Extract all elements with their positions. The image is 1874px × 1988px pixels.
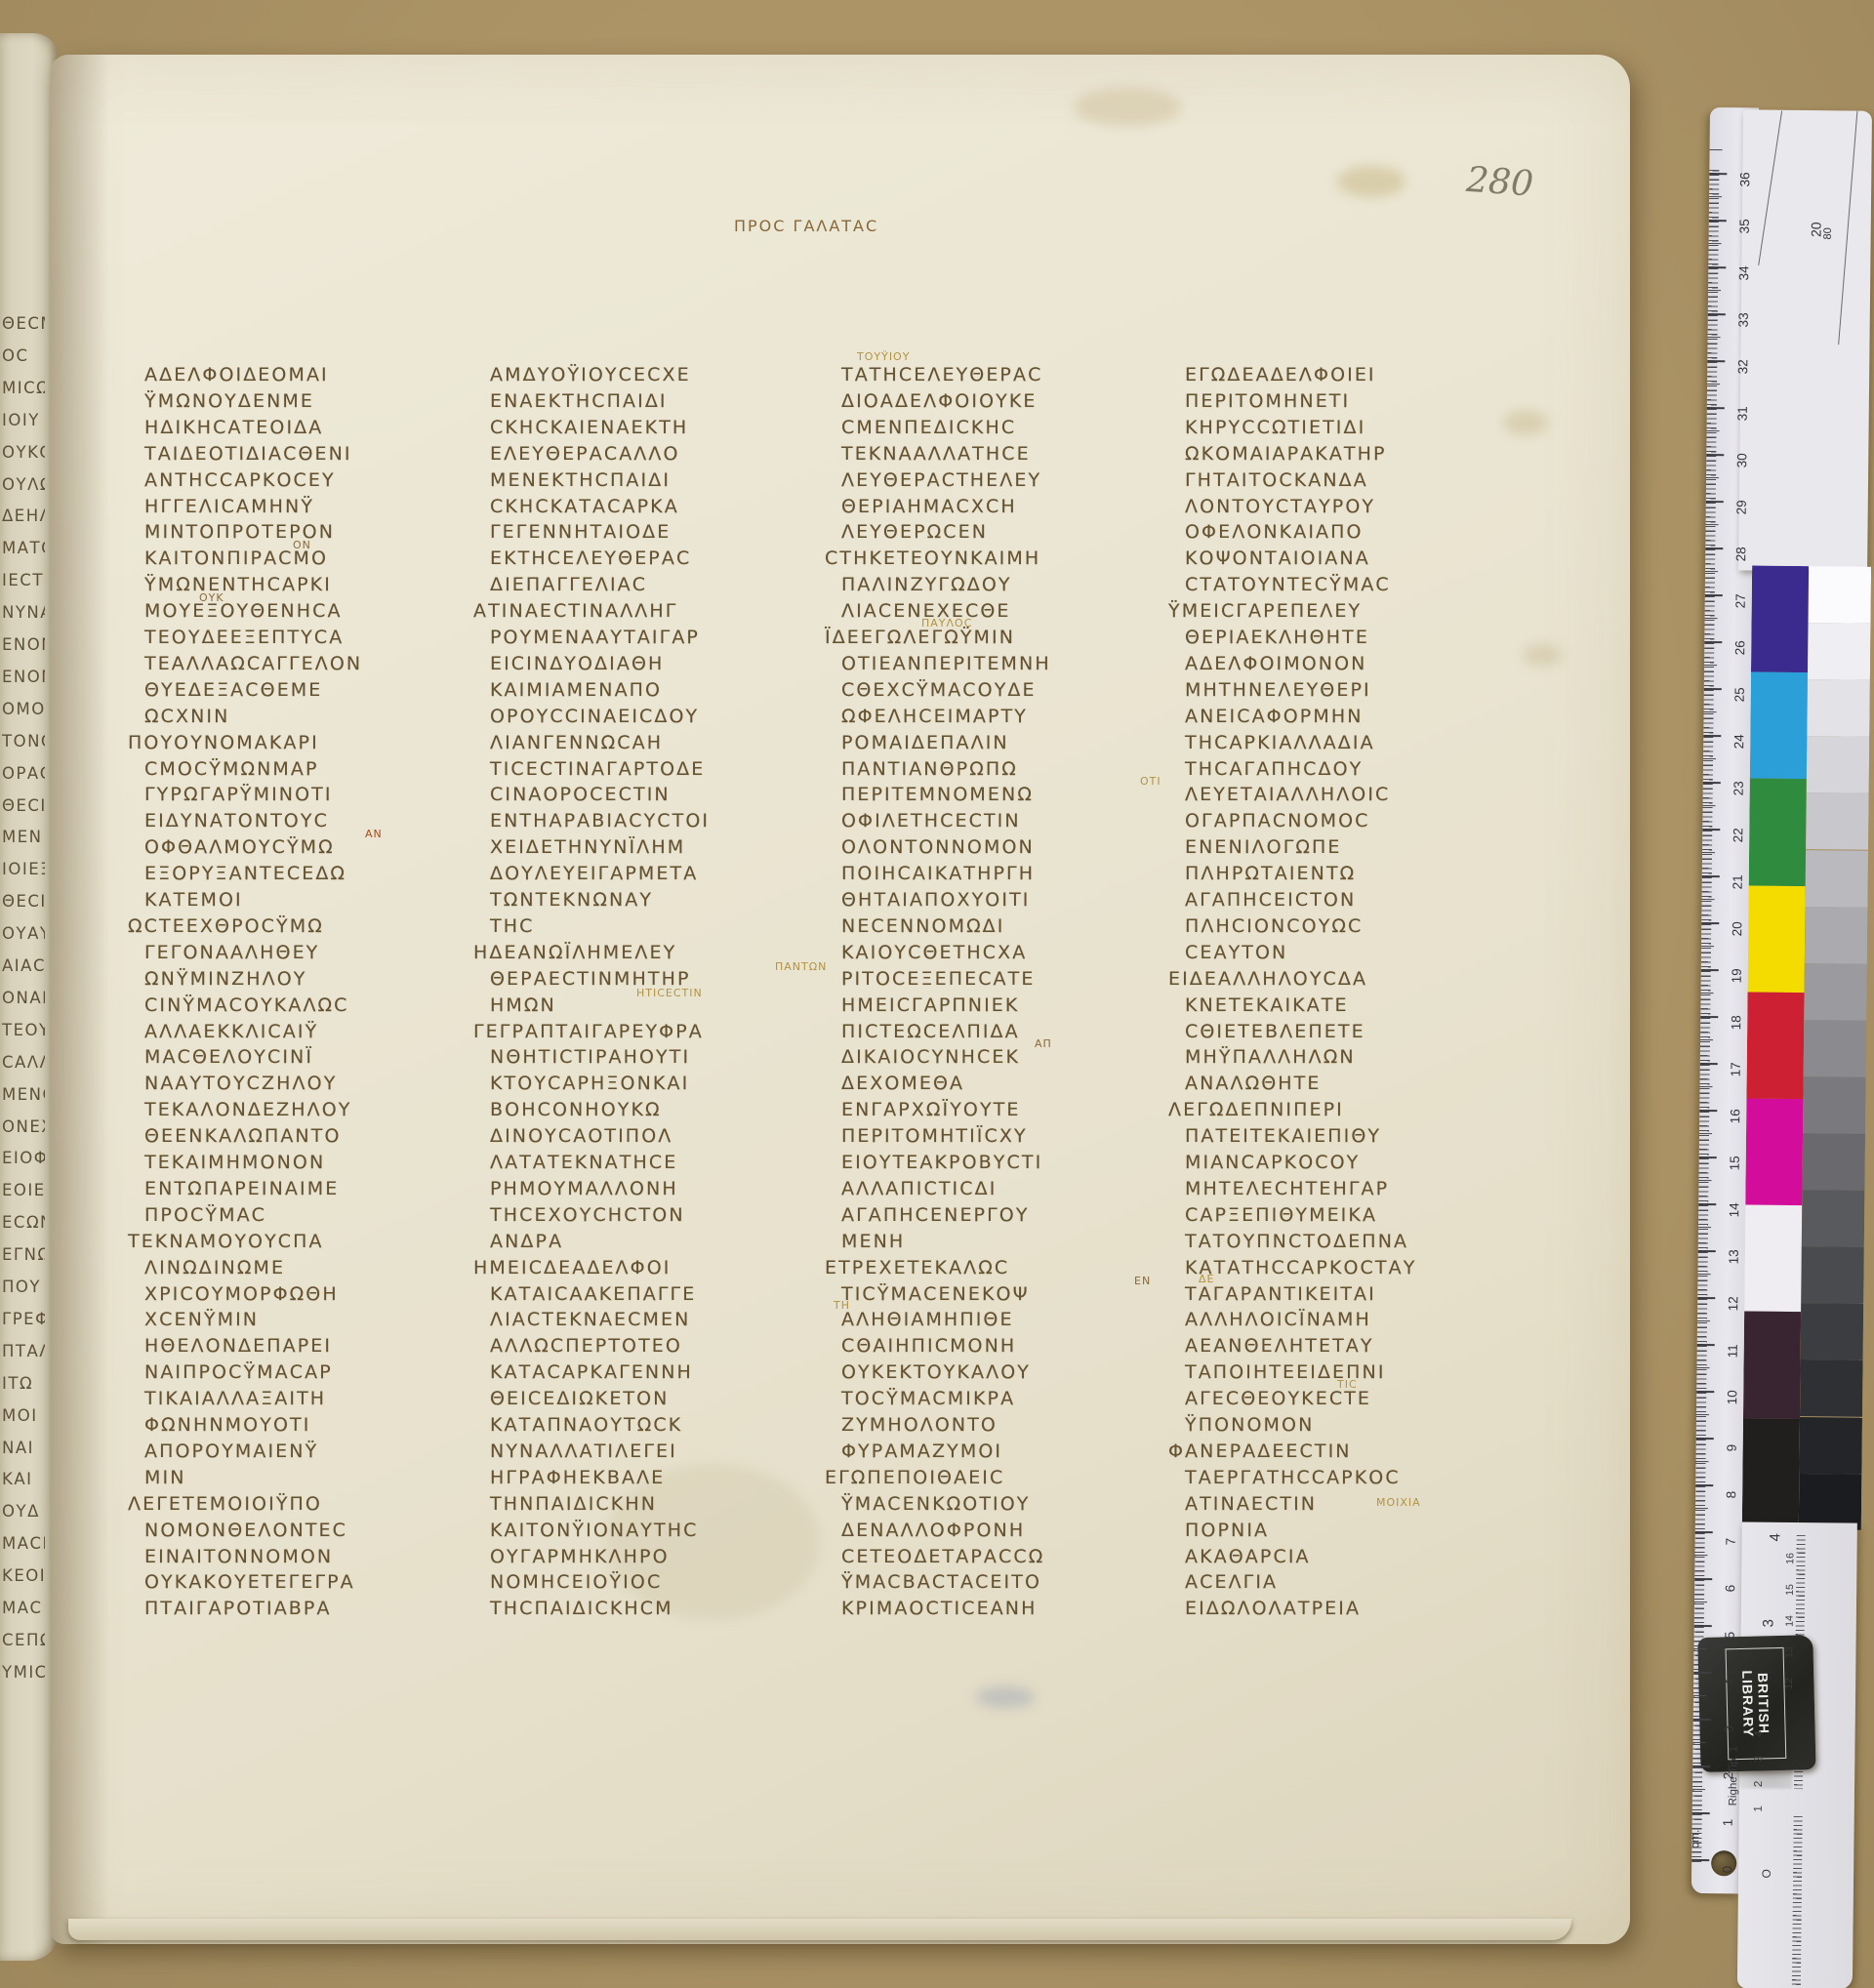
head-number-80: 80 [1822,227,1834,239]
ruler-number: 7 [1724,1520,1739,1545]
facing-leaf-line: ΓΡΕΦΕ [2,1310,45,1342]
color-patch [1749,779,1807,886]
sub-scale-ticks [1792,1816,1803,1987]
manuscript-line: ΤΙΚΑΙΑΛΛΑΞΑΙΤΗ [144,1388,326,1414]
manuscript-line: ΑΛΛΩCΠΕΡΤΟΤΕΟ [490,1335,682,1361]
ruler-number: 27 [1733,583,1749,608]
card-hairline [1758,110,1782,264]
facing-leaf-line: ΟC [2,346,45,379]
manuscript-line: ΕΛΕΥΘΕΡΑCΑΛΛΟ [490,443,680,469]
manuscript-line: ΕΙΔΥΝΑΤΟΝΤΟΥC [144,810,329,836]
sub-scale-number: 4 [1767,1533,1783,1542]
manuscript-line: ΤΕΚΑΛΟΝΔΕΖΗΛΟΥ [144,1099,352,1125]
half-cm-tick [1702,899,1715,901]
manuscript-line: ΟΦΕΛΟΝΚΑΙΑΠΟ [1185,521,1364,548]
ruler-head-card [1738,109,1872,571]
manuscript-line: ΤΗC [490,915,534,942]
cm-tick [1699,1156,1717,1158]
half-cm-tick [1706,477,1719,479]
manuscript-line: ΩΚΟΜΑΙΑΡΑΚΑΤΗΡ [1185,443,1387,469]
manuscript-line: ΡΗΜΟΥΜΑΛΛΟΝΗ [490,1178,678,1204]
ruler-number: 11 [1726,1332,1741,1358]
ruler-number: 34 [1736,255,1752,280]
manuscript-line: ΩCΤΕΕΧΘΡΟCΫΜΩ [128,915,324,942]
manuscript-line: ΓΕΓΡΑΠΤΑΙΓΑΡΕΥΦΡΑ [473,1021,704,1047]
manuscript-line: ΘΥΕΔΕΞΑCΘΕΜΕ [144,679,322,706]
half-cm-tick [1694,1602,1707,1603]
cm-unit-label: cm. [1688,1819,1701,1848]
facing-leaf-line: ΟΝΕΧ [2,1117,45,1150]
color-patch [1746,992,1804,1099]
ruler-number: 14 [1727,1192,1742,1217]
facing-leaf-line: ΥΜΙC [2,1663,45,1695]
cm-tick [1709,173,1727,175]
manuscript-line: ΗΔΕΑΝΩΪΛΗΜΕΛΕΥ [473,942,676,968]
manuscript-line: ΠΛΗΡΩΤΑΙΕΝΤΩ [1185,863,1356,889]
text-column-2: ΑΜΔΥΟΫΙΟΥCΕCΧΕΕΝΑΕΚΤΗCΠΑΙΔΙCΚΗCΚΑΙΕΝΑΕΚΤ… [490,364,841,1633]
manuscript-line: ΕΝΑΕΚΤΗCΠΑΙΔΙ [490,390,668,417]
ruler-number: 30 [1734,442,1750,467]
facing-leaf-line: ΟΥΑΥΤ [2,924,45,956]
facing-leaf-line: CΑΛΛ [2,1053,45,1085]
ruler-number: 20 [1730,911,1745,936]
facing-leaf-line: ΟΡΑCΗ [2,764,45,796]
ruler-number: 32 [1735,348,1751,374]
grayscale-calibration-strip [1799,566,1871,1530]
manuscript-line: ΓΕΓΟΝΑΑΛΗΘΕΥ [144,942,319,968]
facing-leaf-line: ΟΥΛΩ [2,475,45,507]
ruler-number: 9 [1725,1426,1740,1451]
half-cm-tick [1702,852,1715,854]
facing-leaf-line: ΝΑΙ [2,1439,45,1471]
sub-scale-number: 13 [1783,1646,1795,1658]
manuscript-line: ΑΝΕΙCΑΦΟΡΜΗΝ [1185,706,1364,732]
facing-leaf-line: ΠΤΑΛ [2,1342,45,1374]
facing-leaf-line: ΘΕCΙΟ [2,892,45,924]
color-patch [1742,1418,1800,1524]
half-cm-tick [1700,1039,1713,1041]
text-column-3: ΤΑΤΗCΕΛΕΥΘΕΡΑCΔΙΟΑΔΕΛΦΟΙΟΥΚΕCΜΕΝΠΕΔΙCΚΗC… [841,364,1193,1633]
manuscript-line: ΦΑΝΕΡΑΔΕΕCΤΙΝ [1168,1440,1352,1467]
manuscript-line: ΠΟΙΗCΑΙΚΑΤΗΡΓΗ [841,863,1035,889]
manuscript-line: ΫΜΑCΒΑCΤΑCΕΙΤΟ [841,1571,1041,1598]
half-cm-tick [1693,1648,1706,1650]
facing-leaf-line: ΕCΩΝ [2,1213,45,1245]
cm-tick [1694,1625,1712,1627]
half-cm-tick [1696,1414,1709,1416]
facing-leaf-line: ΟΜΟΗ [2,700,45,732]
manuscript-line: ΗΜΕΙCΓΑΡΠΝΙΕΚ [841,994,1019,1021]
facing-leaf-line: ΕΓΝΩ [2,1245,45,1278]
cm-tick [1707,360,1725,362]
corrector-note: ΜΟΙΧΙΑ [1376,1496,1421,1509]
manuscript-line: ΠΕΡΙΤΟΜΗΤΙΪCΧΥ [841,1125,1028,1152]
manuscript-line: ΫΜΑCΕΝΚΩΟΤΙΟΥ [841,1493,1031,1520]
ruler-number: 1 [1721,1801,1736,1826]
gray-patch [1807,679,1870,737]
manuscript-line: ΠΙCΤΕΩCΕΛΠΙΔΑ [841,1021,1020,1047]
gray-patch [1804,963,1867,1021]
manuscript-line: ΛΕΥΕΤΑΙΑΛΛΗΛΟΙC [1185,784,1390,810]
manuscript-line: ΑΝΑΛΩΘΗΤΕ [1185,1073,1321,1099]
ruler-number: 26 [1732,629,1748,655]
manuscript-line: ΧΡΙCΟΥΜΟΡΦΩΘΗ [144,1283,339,1310]
cm-tick [1695,1531,1713,1533]
folio-number: 280 [1464,160,1584,215]
manuscript-line: ΜΙΝ [144,1467,186,1493]
manuscript-line: ΑΓΕCΘΕΟΥΚΕCΤΕ [1185,1388,1371,1414]
gray-patch [1799,1474,1862,1530]
manuscript-line: ΑΚΑΘΑΡCΙΑ [1185,1546,1311,1572]
ruler-number: 6 [1723,1566,1738,1592]
manuscript-line: ΘΕΙCΕΔΙΩΚΕΤΟΝ [490,1388,670,1414]
cm-tick [1701,969,1719,971]
gray-patch [1802,1190,1865,1247]
facing-leaf-line: ΜΕΝ [2,828,45,860]
half-cm-tick [1708,337,1721,339]
manuscript-line: ΕΙCΙΝΔΥΟΔΙΑΘΗ [490,653,664,679]
calibration-panel: 20 80 cm. BRITISH LIBRARY Righe Tip. 1 1… [1680,101,1874,1904]
ruler-number: 25 [1732,676,1748,702]
manuscript-line: ΕΝΓΑΡΧΩΪΥΟΥΤΕ [841,1099,1020,1125]
cm-tick [1706,501,1724,503]
manuscript-line: CΘΕΧCΫΜΑCΟΥΔΕ [841,679,1037,706]
manuscript-line: ΟΛΟΝΤΟΝΝΟΜΟΝ [841,836,1035,863]
cm-tick [1694,1578,1712,1580]
manuscript-line: CΙΝΫΜΑCΟΥΚΑΛΩC [144,994,349,1021]
manuscript-line: ΛΙΑΝΓΕΝΝΩCΑΗ [490,732,663,758]
manuscript-line: ΚΟΨΟΝΤΑΙΟΙΑΝΑ [1185,548,1370,574]
cm-tick [1702,829,1720,831]
gray-patch [1807,736,1870,793]
manuscript-line: ΤΗCΑΡΚΙΑΛΛΑΔΙΑ [1185,732,1375,758]
half-cm-tick [1704,665,1717,667]
manuscript-line: ΑCΕΛΓΙΑ [1185,1571,1278,1598]
manuscript-line: ΡΟΜΑΙΔΕΠΑΛΙΝ [841,732,1009,758]
running-title: ΠΡΟC ΓΑΛΑΤΑC [734,217,988,242]
parchment-stain [1337,166,1405,197]
cm-tick [1693,1719,1711,1721]
manuscript-line: ΗΜΕΙCΔΕΑΔΕΛΦΟΙ [473,1257,671,1283]
gray-patch [1799,1417,1862,1475]
sub-scale-number: 3 [1760,1619,1776,1628]
corrector-note: ΑΠ [1035,1037,1052,1050]
manuscript-line: ΑΤΙΝΑΕCΤΙΝ [1185,1493,1317,1520]
manuscript-line: ΚΑΙΤΟΝΫΙΟΝΑΥΤΗC [490,1520,698,1546]
cm-tick [1703,782,1721,784]
manuscript-line: ΠΑΝΤΙΑΝΘΡΩΠΩ [841,758,1018,785]
manuscript-line: CΤΗΚΕΤΕΟΥΝΚΑΙΜΗ [825,548,1040,574]
manuscript-line: ΓΗΤΑΙΤΟCΚΑΝΔΑ [1185,469,1368,496]
cm-tick [1693,1672,1711,1674]
manuscript-line: ΑΛΗΘΙΑΜΗΠΙΘΕ [841,1309,1014,1335]
manuscript-line: ΤΑΕΡΓΑΤΗCCΑΡΚΟC [1185,1467,1401,1493]
text-column-4: ΕΓΩΔΕΑΔΕΛΦΟΙΕΙΠΕΡΙΤΟΜΗΝΕΤΙΚΗΡΥCCΩΤΙΕΤΙΔΙ… [1185,364,1536,1633]
facing-leaf-line: ΑΙΑCΗ [2,956,45,989]
manuscript-line: ΝΥΝΑΛΛΑΤΙΛΕΓΕΙ [490,1440,677,1467]
manuscript-line: ΠΡΟCΫΜΑC [144,1204,266,1231]
manuscript-line: ΤΕΚΑΙΜΗΜΟΝΟΝ [144,1152,325,1178]
manuscript-line: ΜΗΫΠΑΛΛΗΛΩΝ [1185,1046,1356,1073]
facing-leaf-line: ΕΟΙΕΝ [2,1181,45,1213]
manuscript-line: ΕΙΝΑΙΤΟΝΝΟΜΟΝ [144,1546,333,1572]
manuscript-line: ΫΠΟΝΟΜΟΝ [1185,1414,1314,1440]
corrector-note: ΤΙC [1337,1378,1358,1391]
facing-leaf-line: ΙΤΩ [2,1374,45,1406]
manuscript-line: ΟΓΑΡΠΑCΝΟΜΟC [1185,810,1370,836]
manuscript-line: ΑΝΤΗCCΑΡΚΟCΕΥ [144,469,336,496]
manuscript-line: ΤΑΤΗCΕΛΕΥΘΕΡΑC [841,364,1042,390]
manuscript-line: ΟΥΚΕΚΤΟΥΚΑΛΟΥ [841,1361,1031,1388]
facing-leaf-line: ΕΝΟΜ [2,668,45,700]
cm-tick [1695,1484,1713,1486]
manuscript-line: ΚΑΤΑΙCΑΑΚΕΠΑΓΓΕ [490,1283,696,1310]
ruler-number: 29 [1734,489,1750,514]
color-calibration-strip [1742,565,1809,1524]
manuscript-line: ΝΟΜΗCΕΙΟΫΙΟC [490,1571,662,1598]
half-cm-tick [1703,758,1716,760]
cm-tick [1697,1297,1715,1299]
manuscript-line: ΚΑΙΟΥCΘΕΤΗCΧΑ [841,942,1027,968]
manuscript-line: ΤΙCΕCΤΙΝΑΓΑΡΤΟΔΕ [490,758,705,785]
manuscript-line: CΑΡΞΕΠΙΘΥΜΕΙΚΑ [1185,1204,1377,1231]
facing-leaf-line: ΤΟΝC [2,732,45,764]
manuscript-line: ΝΘΗΤΙCΤΙΡΑΗΟΥΤΙ [490,1046,690,1073]
ruler-number: 17 [1729,1051,1744,1076]
manuscript-line: ΛΕΥΘΕΡΑCΤΗΕΛΕΥ [841,469,1041,496]
manuscript-line: ΑΛΛΗΛΟΙCΪΝΑΜΗ [1185,1309,1371,1335]
righe-scale-zero: O [1760,1869,1773,1878]
ruler-number: 0 [1720,1847,1735,1873]
ink-smudge-blue [976,1686,1035,1708]
gray-patch [1806,792,1869,850]
manuscript-line: ΤΕΚΝΑΜΟΥΟΥCΠΑ [128,1231,324,1257]
manuscript-line: ΜΗΤΕΛΕCΗΤΕΗΓΑΡ [1185,1178,1389,1204]
cm-tick [1698,1250,1716,1252]
manuscript-line: ΔΟΥΛΕΥΕΙΓΑΡΜΕΤΑ [490,863,698,889]
manuscript-line: ΛΟΝΤΟΥCΤΑΥΡΟΥ [1185,496,1375,522]
corrector-note: ΕΝ [1134,1275,1151,1287]
facing-leaf-line: ΜΑC [2,1599,45,1631]
sub-scale-number: 15 [1784,1584,1796,1596]
half-cm-tick [1705,571,1718,573]
facing-leaf-line: ΙΟΙΥ [2,411,45,443]
half-cm-tick [1701,993,1714,994]
manuscript-line: ΛΙΝΩΔΙΝΩΜΕ [144,1257,285,1283]
gray-patch [1801,1246,1864,1304]
facing-leaf-line: ΜΙCΩ [2,379,45,411]
cm-tick [1703,735,1721,737]
manuscript-line: ΕΝΕΝΙΛΟΓΩΠΕ [1185,836,1342,863]
manuscript-line: ΫΜΩΝΕΝΤΗCΑΡΚΙ [144,574,332,600]
manuscript-line: ΤΑΙΔΕΟΤΙΔΙΑCΘΕΝΙ [144,443,352,469]
manuscript-line: ΚΑΙΤΟΝΠΙΡΑCΜΟ [144,548,328,574]
half-cm-tick [1698,1274,1711,1276]
facing-leaf-line: ΤΕΟΥΚ [2,1021,45,1053]
manuscript-line: ΒΟΗCΟΝΗΟΥΚΩ [490,1099,662,1125]
half-cm-tick [1707,430,1720,432]
half-cm-tick [1703,805,1716,807]
half-cm-tick [1709,243,1722,245]
manuscript-line: ΑΕΑΝΘΕΛΗΤΕΤΑΥ [1185,1335,1374,1361]
half-cm-tick [1701,946,1714,948]
manuscript-line: ΕΓΩΔΕΑΔΕΛΦΟΙΕΙ [1185,364,1376,390]
half-cm-tick [1697,1320,1710,1322]
manuscript-line: ΗΔΙΚΗCΑΤΕΟΙΔΑ [144,417,323,443]
ruler-number: 12 [1726,1285,1741,1311]
manuscript-line: ΡΙΤΟCΕΞΕΠΕCΑΤΕ [841,968,1035,994]
manuscript-line: ΘΕΕΝΚΑΛΩΠΑΝΤΟ [144,1125,342,1152]
manuscript-line: ΑΠΟΡΟΥΜΑΙΕΝΫ [144,1440,318,1467]
facing-leaf-line: ΘΕCΜΙ [2,314,45,346]
facing-leaf-line: ΠΟΥ [2,1278,45,1310]
manuscript-line: ΪΔΕΕΓΩΛΕΓΩΫΜΙΝ [825,627,1015,653]
manuscript-line: CΤΑΤΟΥΝΤΕCΫΜΑC [1185,574,1391,600]
manuscript-line: ΔΕΧΟΜΕΘΑ [841,1073,964,1099]
corrector-note: ΤΟΥΫΙΟΥ [857,350,910,363]
manuscript-line: CΚΗCΚΑΤΑCΑΡΚΑ [490,496,679,522]
manuscript-line: ΘΕΡΙΑΕΚΛΗΘΗΤΕ [1185,627,1369,653]
manuscript-line: ΟΤΙΕΑΝΠΕΡΙΤΕΜΝΗ [841,653,1051,679]
manuscript-line: ΤΕΑΛΛΑΩCΑΓΓΕΛΟΝ [144,653,362,679]
manuscript-line: ΜΟΥΕΞΟΥΘΕΝΗCΑ [144,600,343,627]
manuscript-line: ΧCΕΝΫΜΙΝ [144,1309,259,1335]
facing-leaf-line: ΟΥΔ [2,1502,45,1534]
manuscript-line: CΕΑΥΤΟΝ [1185,942,1287,968]
cm-tick [1698,1203,1716,1205]
manuscript-line: ΠΟΡΝΙΑ [1185,1520,1269,1546]
manuscript-line: ΠΟΥΟΥΝΟΜΑΚΑΡΙ [128,732,319,758]
cm-tick [1696,1438,1714,1440]
manuscript-line: ΜΗΤΗΝΕΛΕΥΘΕΡΙ [1185,679,1371,706]
ruler-number: 21 [1731,864,1746,889]
manuscript-line: CΘΙΕΤΕΒΛΕΠΕΤΕ [1185,1021,1365,1047]
manuscript-line: ΤΗΝΠΑΙΔΙCΚΗΝ [490,1493,657,1520]
cm-tick [1704,641,1722,643]
cm-tick [1692,1765,1710,1767]
corrector-note: ΟΤΙ [1140,775,1161,788]
facing-leaf-line: ΚΑΙ [2,1470,45,1502]
ruler-number: 36 [1737,161,1753,186]
half-cm-tick [1692,1789,1705,1791]
manuscript-line: ΑΜΔΥΟΫΙΟΥCΕCΧΕ [490,364,691,390]
manuscript-line: ΝΕCΕΝΝΟΜΩΔΙ [841,915,1004,942]
manuscript-line: ΝΑΙΠΡΟCΫΜΑCΑΡ [144,1361,333,1388]
manuscript-line: CΜΟCΫΜΩΝΜΑΡ [144,758,319,785]
facing-leaf-line: ΝΥΝΑΙ [2,603,45,635]
cm-tick [1706,454,1724,456]
half-cm-tick [1704,711,1717,713]
manuscript-line: ΚΗΡΥCCΩΤΙΕΤΙΔΙ [1185,417,1365,443]
manuscript-line: ΦΩΝΗΝΜΟΥΟΤΙ [144,1414,310,1440]
manuscript-line: ΦΥΡΑΜΑΖΥΜΟΙ [841,1440,1002,1467]
half-cm-tick [1706,524,1719,526]
half-cm-tick [1700,1086,1713,1088]
corrector-note: ΑΝ [365,828,383,840]
manuscript-line: ΕΚΤΗCΕΛΕΥΘΕΡΑC [490,548,691,574]
manuscript-line: ΤΟCΫΜΑCΜΙΚΡΑ [841,1388,1015,1414]
ruler-number: 16 [1728,1098,1743,1123]
manuscript-line: ΓΥΡΩΓΑΡΫΜΙΝΟΤΙ [144,784,333,810]
gray-patch [1804,1020,1867,1077]
manuscript-line: ΓΕΓΕΝΝΗΤΑΙΟΔΕ [490,521,671,548]
color-patch [1748,885,1806,993]
facing-leaf-text-fragments: ΘΕCΜΙΟCΜΙCΩΙΟΙΥΟΥΚΟΟΥΛΩΔΕΗΛΘΜΑΤΟΥΙΕCΤΙΝΥ… [0,314,45,1729]
corrector-note: ΤΗ [834,1299,850,1312]
manuscript-line: ΚΑΤΑΤΗCCΑΡΚΟCΤΑΥ [1185,1257,1416,1283]
facing-leaf-line: ΚΕΟΙ [2,1566,45,1599]
gray-patch [1809,566,1872,624]
gray-patch [1802,1133,1865,1191]
manuscript-line: ΟΡΟΥCCΙΝΑΕΙCΔΟΥ [490,706,699,732]
gray-patch [1805,850,1868,908]
manuscript-line: ΕΙΟΥΤΕΑΚΡΟΒΥCΤΙ [841,1152,1042,1178]
ruler-number: 28 [1733,536,1749,561]
manuscript-line: ΑΔΕΛΦΟΙΜΟΝΟΝ [1185,653,1366,679]
half-cm-tick [1705,618,1718,620]
righe-scale-numbers: 1 2 3 4 [1753,1666,1767,1812]
manuscript-line: ΫΜΕΙCΓΑΡΕΠΕΛΕΥ [1168,600,1362,627]
cm-tick [1699,1110,1717,1112]
manuscript-line: ΖΥΜΗΟΛΟΝΤΟ [841,1414,998,1440]
manuscript-line: ΕΞΟΡΥΞΑΝΤΕCΕΔΩ [144,863,346,889]
manuscript-line: ΕΙΔΕΑΛΛΗΛΟΥCΔΑ [1168,968,1367,994]
manuscript-line: ΠΑΤΕΙΤΕΚΑΙΕΠΙΘΥ [1185,1125,1381,1152]
ruler-number: 33 [1736,302,1752,327]
ruler-number: 22 [1731,817,1746,842]
manuscript-line: ΚΝΕΤΕΚΑΙΚΑΤΕ [1185,994,1349,1021]
facing-leaf-line: ΘΕCΙΑ [2,796,45,829]
gray-patch [1805,907,1868,964]
half-cm-tick [1699,1180,1712,1182]
manuscript-line: ΗΓΓΕΛΙCΑΜΗΝΫ [144,496,314,522]
manuscript-line: ΔΙΝΟΥCΑΟΤΙΠΟΛ [490,1125,672,1152]
manuscript-line: ΤΕΚΝΑΑΛΛΑΤΗCΕ [841,443,1031,469]
manuscript-line: ΟΥΚΑΚΟΥΕΤΕΓΕΓΡΑ [144,1571,355,1598]
facing-leaf-line: ΜΑCΗ [2,1534,45,1566]
manuscript-line: ΕΓΩΠΕΠΟΙΘΑΕΙC [825,1467,1004,1493]
half-cm-tick [1707,384,1720,385]
facing-leaf-line: ΔΕΗΛΘ [2,507,45,539]
ruler-number: 23 [1731,770,1747,795]
manuscript-line: ΑΛΛΑΠΙCΤΙCΔΙ [841,1178,997,1204]
manuscript-line: ΤΗCΕΧΟΥCΗCΤΟΝ [490,1204,685,1231]
ruler-number: 31 [1735,395,1751,421]
manuscript-line: ΑΓΑΠΗCΕΙCΤΟΝ [1185,889,1356,915]
ruler-number: 10 [1725,1379,1740,1404]
manuscript-line: ΑΔΕΛΦΟΙΔΕΟΜΑΙ [144,364,329,390]
manuscript-line: ΕΤΡΕΧΕΤΕΚΑΛΩC [825,1257,1009,1283]
manuscript-line: ΤΗCΑΓΑΠΗCΔΟΥ [1185,758,1363,785]
card-hairline [1838,111,1857,345]
half-cm-tick [1710,149,1723,151]
corrector-note: ΠΑΥΛΟC [921,617,972,629]
manuscript-line: ΤΕΟΥΔΕΕΞΕΠΤΥCΑ [144,627,344,653]
cm-tick [1697,1344,1715,1346]
manuscript-line: ΜΕΝΕΚΤΗCΠΑΙΔΙ [490,469,671,496]
color-patch [1743,1312,1801,1419]
half-cm-tick [1694,1555,1707,1557]
manuscript-line: ΚΑΤΑCΑΡΚΑΓΕΝΝΗ [490,1361,693,1388]
half-cm-tick [1698,1227,1711,1229]
manuscript-line: ΚΑΤΑΠΝΑΟΥΤΩCΚ [490,1414,682,1440]
facing-leaf-line: CΕΠΩ [2,1631,45,1663]
manuscript-photo: ΘΕCΜΙΟCΜΙCΩΙΟΙΥΟΥΚΟΟΥΛΩΔΕΗΛΘΜΑΤΟΥΙΕCΤΙΝΥ… [0,0,1874,1988]
ruler-number: 19 [1730,957,1745,983]
manuscript-line: ΩΦΕΛΗCΕΙΜΑΡΤΥ [841,706,1028,732]
manuscript-line: ΛΑΤΑΤΕΚΝΑΤΗCΕ [490,1152,677,1178]
cm-tick [1692,1812,1710,1814]
